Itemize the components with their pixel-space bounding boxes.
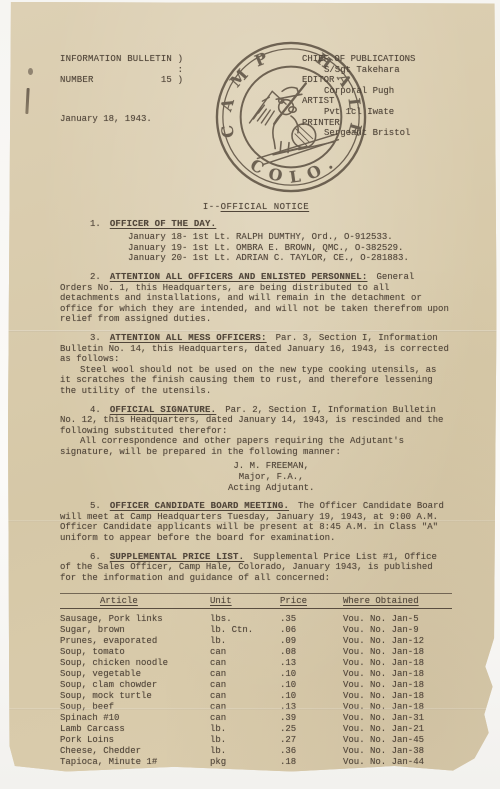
- section-heading: ATTENTION ALL OFFICERS AND ENLISTED PERS…: [110, 272, 368, 282]
- official-notice-heading: I--OFFICIAL NOTICE: [60, 202, 452, 213]
- price-table-cell: Vou. No. Jan-18: [343, 647, 452, 658]
- section-heading: OFFICER OF THE DAY.: [110, 219, 216, 229]
- section-3-continued: Steel wool should not be used on the new…: [60, 365, 452, 397]
- section-4-continued: All correspondence and other papers requ…: [60, 436, 452, 457]
- price-table-cell: can: [210, 680, 280, 691]
- section-6: 6.SUPPLEMENTAL PRICE LIST.Supplemental P…: [60, 552, 452, 584]
- masthead-line: INFORMATION BULLETIN ): [60, 54, 183, 65]
- section-4: 4.OFFICIAL SIGNATURE.Par. 2, Section I, …: [60, 405, 452, 437]
- price-table-row: Soup, clam chowdercan.10Vou. No. Jan-18: [60, 680, 452, 691]
- price-table-row: Soup, beefcan.13Vou. No. Jan-18: [60, 702, 452, 713]
- binding-mark: [25, 88, 29, 114]
- price-table-cell: .10: [280, 691, 343, 702]
- price-table-cell: Cheese, Chedder: [60, 746, 210, 757]
- duty-roster-line: January 18- 1st Lt. RALPH DUMTHY, Ord., …: [128, 232, 452, 243]
- price-table-cell: pkg: [210, 757, 280, 768]
- price-table-cell: Soup, mock turtle: [60, 691, 210, 702]
- masthead: INFORMATION BULLETIN ) :NUMBER 15 ) Janu…: [60, 46, 452, 198]
- price-table-cell: Vou. No. Jan-18: [343, 680, 452, 691]
- price-table-cell: Vou. No. Jan-31: [343, 713, 452, 724]
- price-table-cell: Vou. No. Jan-5: [343, 609, 452, 626]
- price-table-cell: Sugar, brown: [60, 625, 210, 636]
- price-table-cell: can: [210, 669, 280, 680]
- price-table-cell: Vou. No. Jan-44: [343, 757, 452, 768]
- price-table-cell: can: [210, 647, 280, 658]
- price-table-cell: .18: [280, 757, 343, 768]
- price-table-row: Soup, mock turtlecan.10Vou. No. Jan-18: [60, 691, 452, 702]
- section-heading: SUPPLEMENTAL PRICE LIST.: [110, 552, 244, 562]
- price-table-cell: Pork Loins: [60, 735, 210, 746]
- price-table-cell: Soup, vegetable: [60, 669, 210, 680]
- section-number: 3.: [90, 333, 101, 343]
- price-table-row: Spinach #10can.39Vou. No. Jan-31: [60, 713, 452, 724]
- price-table-cell: Vou. No. Jan-18: [343, 702, 452, 713]
- price-table-cell: can: [210, 713, 280, 724]
- officer-duty-roster: January 18- 1st Lt. RALPH DUMTHY, Ord., …: [128, 232, 452, 264]
- signature-block: J. M. FREEMAN,Major, F.A.,Acting Adjutan…: [228, 461, 314, 493]
- price-table-row: Pork Loinslb..27Vou. No. Jan-45: [60, 735, 452, 746]
- section-5: 5.OFFICER CANDIDATE BOARD MEETING.The Of…: [60, 501, 452, 543]
- notice-prefix: I--: [203, 202, 221, 212]
- bulletin-date: January 18, 1943.: [60, 114, 152, 125]
- staff-name: Corporal Pugh: [302, 86, 458, 97]
- publication-staff-block: CHIEF OF PUBLICATIONSS/Sgt TakeharaEDITO…: [302, 54, 458, 139]
- staff-role: CHIEF OF PUBLICATIONS: [302, 54, 458, 65]
- price-table-header-row: ArticleUnitPriceWhere Obtained: [60, 594, 452, 609]
- signature-line: Acting Adjutant.: [228, 483, 314, 494]
- price-list-table: ArticleUnitPriceWhere Obtained Sausage, …: [60, 593, 452, 768]
- price-table-cell: Vou. No. Jan-38: [343, 746, 452, 757]
- section-heading: ATTENTION ALL MESS OFFICERS:: [110, 333, 267, 343]
- staff-role: EDITOR: [302, 75, 458, 86]
- price-table-cell: .08: [280, 647, 343, 658]
- price-table-cell: .27: [280, 735, 343, 746]
- section-2: 2.ATTENTION ALL OFFICERS AND ENLISTED PE…: [60, 272, 452, 325]
- price-table-row: Cheese, Chedderlb..36Vou. No. Jan-38: [60, 746, 452, 757]
- price-table-cell: .13: [280, 702, 343, 713]
- bulletin-page: INFORMATION BULLETIN ) :NUMBER 15 ) Janu…: [8, 2, 497, 773]
- section-number: 4.: [90, 405, 101, 415]
- price-table-column-header: Article: [60, 594, 210, 609]
- masthead-line: NUMBER 15 ): [60, 75, 183, 86]
- price-table-cell: Soup, chicken noodle: [60, 658, 210, 669]
- price-table-cell: Vou. No. Jan-18: [343, 658, 452, 669]
- price-table-cell: Prunes, evaporated: [60, 636, 210, 647]
- price-table-cell: lb.: [210, 735, 280, 746]
- section-number: 6.: [90, 552, 101, 562]
- signature-line: J. M. FREEMAN,: [228, 461, 314, 472]
- price-table-cell: .09: [280, 636, 343, 647]
- binding-mark-dot: [28, 68, 33, 75]
- price-table-cell: Lamb Carcass: [60, 724, 210, 735]
- paper-crease: [8, 330, 497, 332]
- signature-line: Major, F.A.,: [228, 472, 314, 483]
- price-table-cell: Vou. No. Jan-12: [343, 636, 452, 647]
- price-table-cell: Vou. No. Jan-9: [343, 625, 452, 636]
- price-table-column-header: Where Obtained: [343, 594, 452, 609]
- duty-roster-line: January 20- 1st Lt. ADRIAN C. TAYLOR, CE…: [128, 253, 452, 264]
- duty-roster-line: January 19- 1st Lt. OMBRA E. BROWN, QMC.…: [128, 243, 452, 254]
- price-table-cell: Tapioca, Minute 1#: [60, 757, 210, 768]
- section-number: 5.: [90, 501, 101, 511]
- staff-name: Sergeant Bristol: [302, 128, 458, 139]
- masthead-line: :: [60, 65, 183, 76]
- price-table-cell: can: [210, 658, 280, 669]
- notice-title: OFFICIAL NOTICE: [221, 202, 310, 212]
- scanned-document-background: INFORMATION BULLETIN ) :NUMBER 15 ) Janu…: [0, 0, 500, 789]
- section-number: 1.: [90, 219, 101, 229]
- section-3: 3.ATTENTION ALL MESS OFFICERS:Par. 3, Se…: [60, 333, 452, 365]
- price-table-cell: .06: [280, 625, 343, 636]
- price-table-row: Tapioca, Minute 1#pkg.18Vou. No. Jan-44: [60, 757, 452, 768]
- staff-role: PRINTER: [302, 118, 458, 129]
- price-table-cell: Vou. No. Jan-18: [343, 669, 452, 680]
- staff-name: Pvt 1cl Iwate: [302, 107, 458, 118]
- price-table-row: Prunes, evaporatedlb..09Vou. No. Jan-12: [60, 636, 452, 647]
- section-heading: OFFICIAL SIGNATURE.: [110, 405, 216, 415]
- section-heading: OFFICER CANDIDATE BOARD MEETING.: [110, 501, 289, 511]
- mountain-drawing: [250, 91, 287, 125]
- price-table-cell: lb.: [210, 746, 280, 757]
- price-table-cell: .39: [280, 713, 343, 724]
- price-table-row: Soup, vegetablecan.10Vou. No. Jan-18: [60, 669, 452, 680]
- price-table-cell: can: [210, 702, 280, 713]
- price-table-cell: .10: [280, 669, 343, 680]
- section-1: 1.OFFICER OF THE DAY.: [60, 219, 452, 230]
- section-number: 2.: [90, 272, 101, 282]
- price-table-cell: .10: [280, 680, 343, 691]
- price-table-column-header: Price: [280, 594, 343, 609]
- price-table-cell: Soup, beef: [60, 702, 210, 713]
- price-table-row: Soup, chicken noodlecan.13Vou. No. Jan-1…: [60, 658, 452, 669]
- price-table-row: Lamb Carcasslb..25Vou. No. Jan-21: [60, 724, 452, 735]
- price-table-cell: Soup, clam chowder: [60, 680, 210, 691]
- price-table-cell: Soup, tomato: [60, 647, 210, 658]
- price-table-cell: lb. Ctn.: [210, 625, 280, 636]
- price-table-cell: Vou. No. Jan-45: [343, 735, 452, 746]
- price-table-cell: .36: [280, 746, 343, 757]
- price-table-cell: lbs.: [210, 609, 280, 626]
- price-table-cell: .35: [280, 609, 343, 626]
- price-table-cell: lb.: [210, 636, 280, 647]
- price-table-row: Soup, tomatocan.08Vou. No. Jan-18: [60, 647, 452, 658]
- price-table-cell: Vou. No. Jan-18: [343, 691, 452, 702]
- staff-role: ARTIST: [302, 96, 458, 107]
- price-table-row: Sugar, brownlb. Ctn..06Vou. No. Jan-9: [60, 625, 452, 636]
- price-table-cell: .25: [280, 724, 343, 735]
- price-table-column-header: Unit: [210, 594, 280, 609]
- staff-name: S/Sgt Takehara: [302, 65, 458, 76]
- price-table-cell: .13: [280, 658, 343, 669]
- bulletin-number-block: INFORMATION BULLETIN ) :NUMBER 15 ): [60, 54, 183, 86]
- price-table-cell: Vou. No. Jan-21: [343, 724, 452, 735]
- price-table-cell: lb.: [210, 724, 280, 735]
- price-table-cell: Spinach #10: [60, 713, 210, 724]
- price-table-row: Sausage, Pork linkslbs..35Vou. No. Jan-5: [60, 609, 452, 626]
- price-table-cell: can: [210, 691, 280, 702]
- price-table-cell: Sausage, Pork links: [60, 609, 210, 626]
